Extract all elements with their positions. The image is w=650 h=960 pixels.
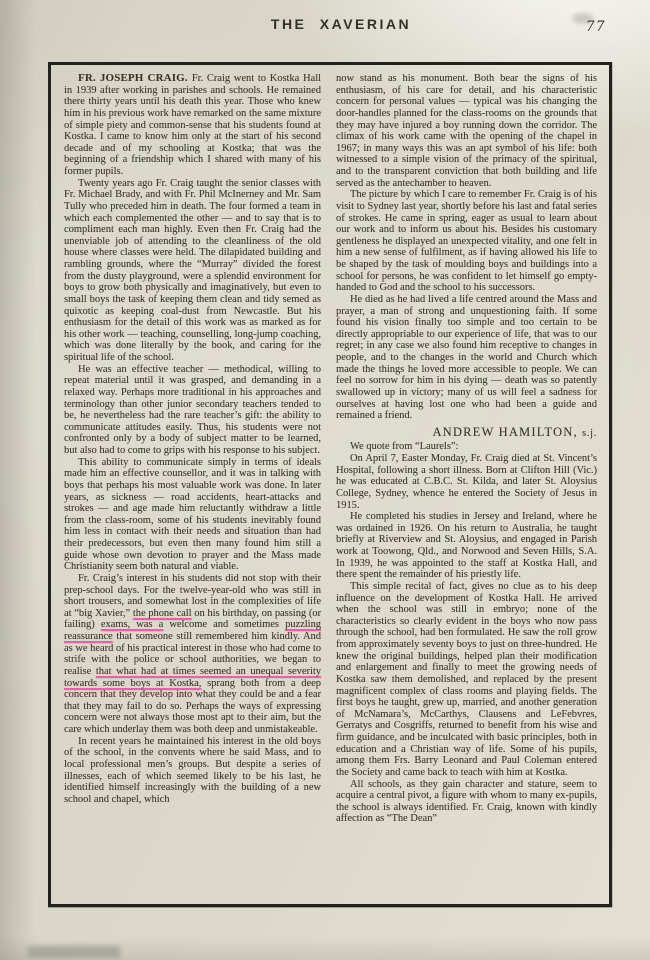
body-text: This ability to communicate simply in te… — [64, 457, 321, 573]
body-text: welcome and sometimes — [163, 619, 285, 630]
paragraph: All schools, as they gain character and … — [336, 779, 597, 826]
paragraph: Twenty years ago Fr. Craig taught the se… — [64, 178, 321, 364]
left-column: FR. JOSEPH CRAIG. Fr. Craig went to Kost… — [64, 73, 321, 898]
paragraph: This simple recital of fact, gives no cl… — [336, 581, 597, 779]
body-text: We quote from “Laurels”: — [350, 441, 458, 452]
signature: ANDREW HAMILTON, s.j. — [336, 427, 597, 440]
body-text: In recent years he maintained his intere… — [64, 736, 321, 805]
paragraph: This ability to communicate simply in te… — [64, 457, 321, 573]
paragraph-with-annotations: Fr. Craig’s interest in his students did… — [64, 573, 321, 736]
body-text: All schools, as they gain character and … — [336, 779, 597, 825]
obituary-heading: FR. JOSEPH CRAIG. — [78, 73, 192, 84]
quote-source-line: We quote from “Laurels”: — [336, 441, 597, 453]
journal-title: THE XAVERIAN — [16, 16, 650, 32]
right-column: now stand as his monument. Both bear the… — [336, 73, 597, 898]
body-text: now stand as his monument. Both bear the… — [336, 73, 597, 189]
body-text: Fr. Craig went to Kostka Hall in 1939 af… — [64, 73, 321, 177]
body-text: He was an effective teacher — methodical… — [64, 364, 321, 456]
pink-underlined-text: exams, was a — [101, 619, 163, 630]
scan-left-shadow — [0, 0, 42, 960]
body-text: On April 7, Easter Monday, Fr. Craig die… — [336, 453, 597, 511]
paragraph-continuation: now stand as his monument. Both bear the… — [336, 73, 597, 189]
body-text: He completed his studies in Jersey and I… — [336, 511, 597, 580]
paragraph: In recent years he maintained his intere… — [64, 736, 321, 806]
article-frame: FR. JOSEPH CRAIG. Fr. Craig went to Kost… — [48, 62, 612, 907]
scan-artifact — [28, 946, 120, 958]
pink-underlined-text: the phone call — [133, 608, 192, 619]
signature-suffix: s.j. — [582, 428, 597, 439]
paragraph: He was an effective teacher — methodical… — [64, 364, 321, 457]
body-text: The picture by which I care to remember … — [336, 189, 597, 293]
paragraph: He died as he had lived a life centred a… — [336, 294, 597, 422]
body-text: This simple recital of fact, gives no cl… — [336, 581, 597, 778]
paragraph-lead: FR. JOSEPH CRAIG. Fr. Craig went to Kost… — [64, 73, 321, 178]
signature-name: ANDREW HAMILTON, — [432, 425, 582, 439]
body-text: Twenty years ago Fr. Craig taught the se… — [64, 178, 321, 363]
paragraph: On April 7, Easter Monday, Fr. Craig die… — [336, 453, 597, 511]
paragraph: The picture by which I care to remember … — [336, 189, 597, 294]
scanned-magazine-page: { "colors": { "paper": "#dbd7ca", "ink":… — [0, 0, 650, 960]
body-text: He died as he had lived a life centred a… — [336, 294, 597, 421]
scan-smudge — [572, 13, 594, 24]
paragraph: He completed his studies in Jersey and I… — [336, 511, 597, 581]
